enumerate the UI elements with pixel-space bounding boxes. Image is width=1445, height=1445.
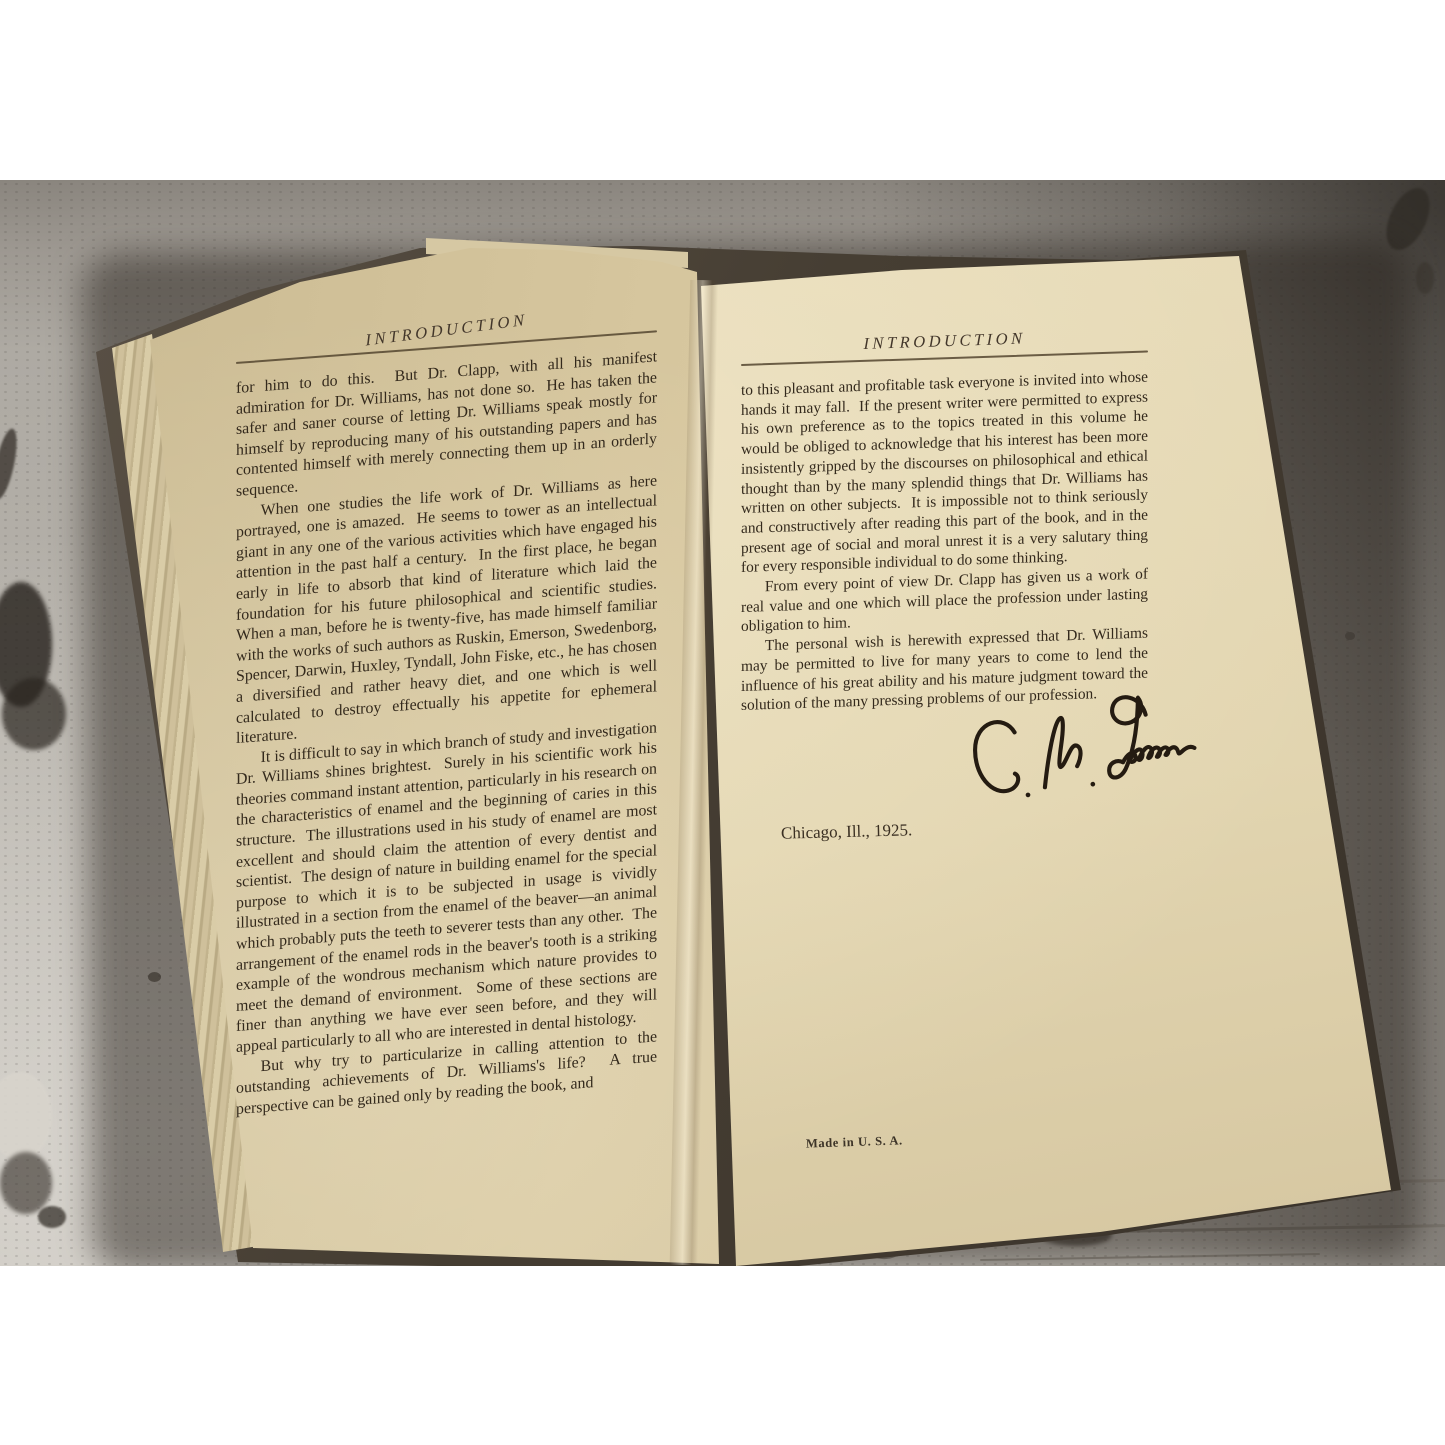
- floor-mark: [0, 1152, 52, 1214]
- floor-mark: [38, 1206, 66, 1228]
- photograph: INTRODUCTION for him to do this. But Dr.…: [0, 180, 1445, 1266]
- dateline: Chicago, Ill., 1925.: [781, 820, 913, 843]
- paragraph: It is difficult to say in which branch o…: [236, 718, 657, 1059]
- floor-mark: [2, 678, 66, 750]
- left-page-paragraphs: for him to do this. But Dr. Clapp, with …: [236, 347, 657, 1120]
- paragraph: When one studies the life work of Dr. Wi…: [236, 471, 657, 750]
- signature-handwriting: [957, 680, 1203, 822]
- left-page-text: INTRODUCTION for him to do this. But Dr.…: [236, 304, 657, 1120]
- paragraph: to this pleasant and profitable task eve…: [741, 367, 1148, 578]
- bottom-white-border: [0, 1266, 1445, 1445]
- photo-of-open-book: INTRODUCTION for him to do this. But Dr.…: [0, 0, 1445, 1445]
- floor-mark: [1416, 262, 1434, 294]
- right-page-paragraphs: to this pleasant and profitable task eve…: [741, 367, 1148, 715]
- top-white-border: [0, 0, 1445, 180]
- right-page-text: INTRODUCTION to this pleasant and profit…: [741, 324, 1148, 715]
